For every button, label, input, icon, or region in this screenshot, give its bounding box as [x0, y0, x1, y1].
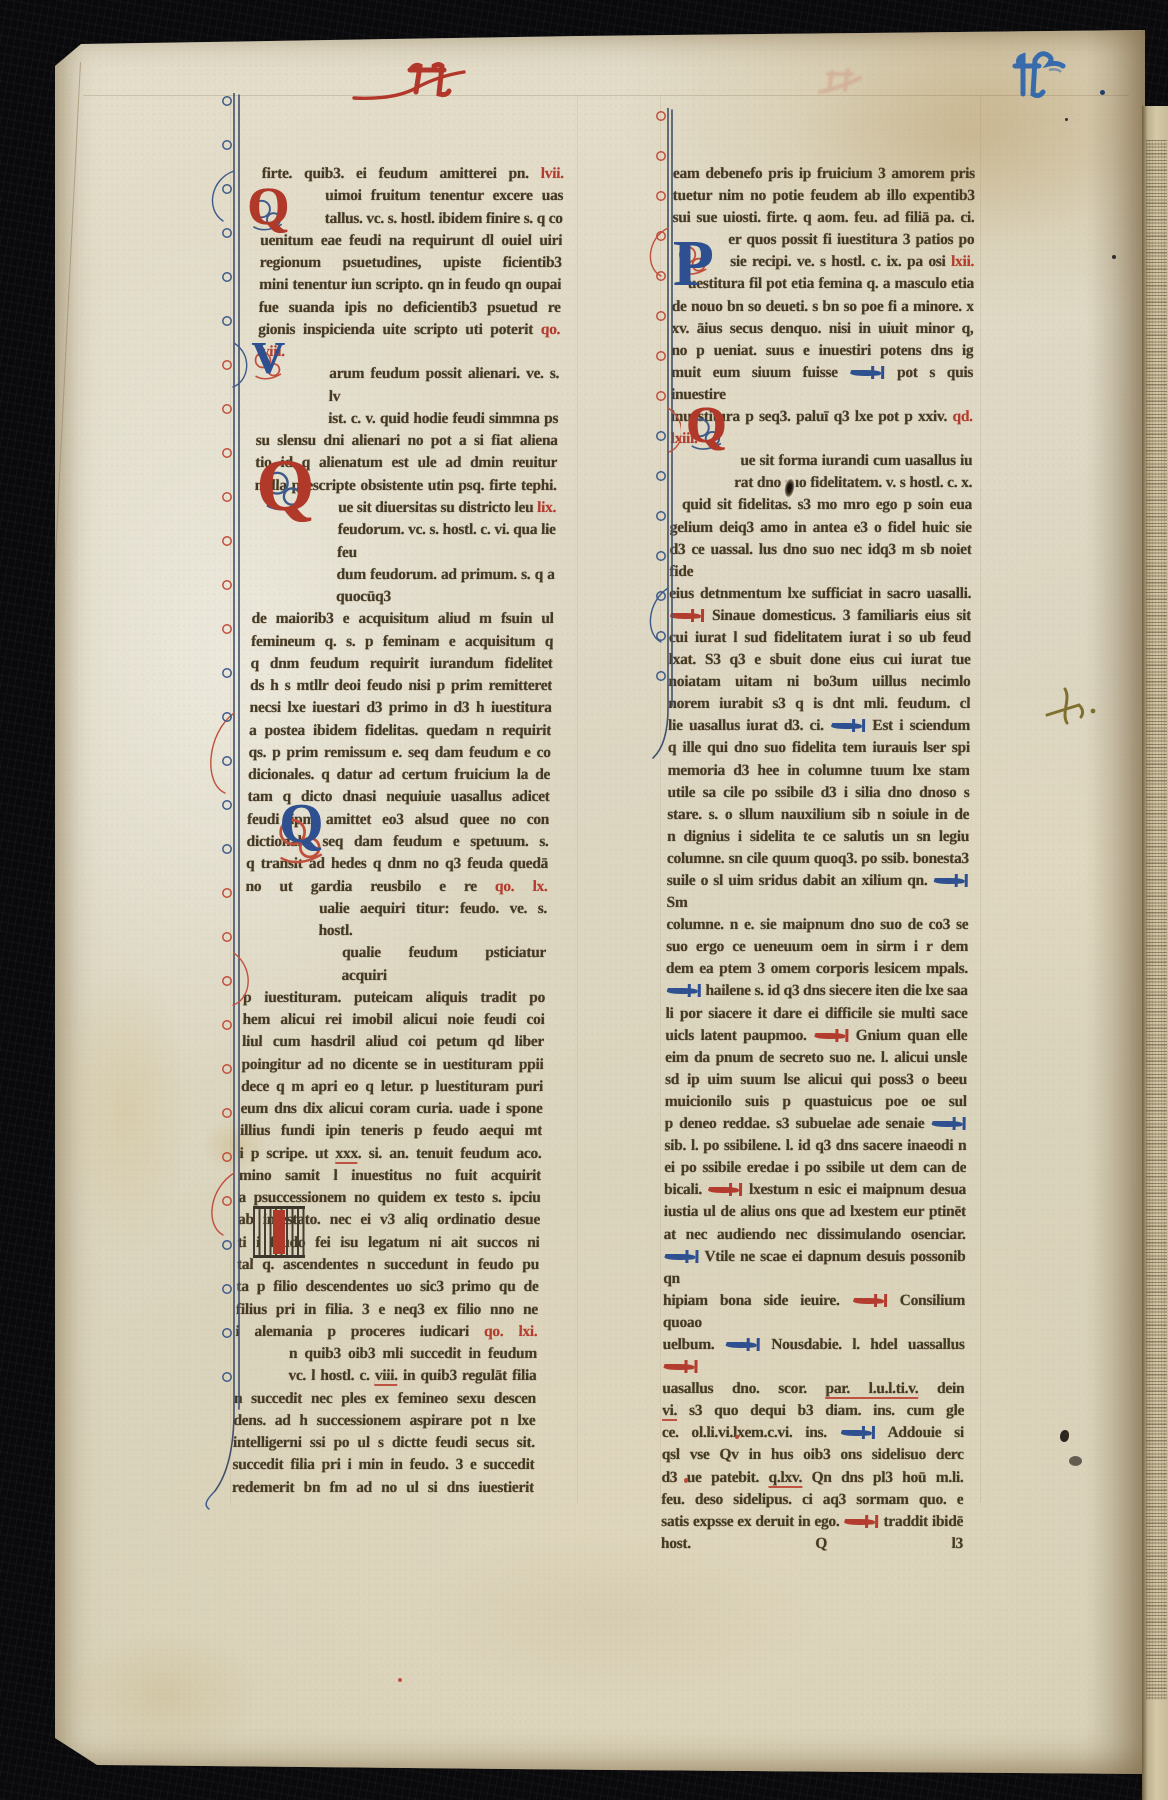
paraph-mark-icon — [853, 1294, 887, 1307]
manuscript-text-line: memoria d3 hee in columne tuum lxe stam — [668, 760, 970, 782]
manuscript-text-line: uenitum eae feudi na requirunt dl ouiel … — [260, 230, 563, 252]
body-text: p iuestituram. puteicam aliquis tradit p… — [243, 989, 545, 1006]
body-text: dem ea ptem 3 omem corporis lesicem mpal… — [666, 960, 968, 977]
decorated-initial-Q: Q — [674, 401, 738, 451]
body-text: Qn dns pl3 hoū m.li. — [802, 1469, 964, 1486]
paraph-mark-icon — [934, 874, 968, 887]
fore-edge-microtext — [1146, 140, 1167, 1700]
manuscript-text-line: tallus. vc. s. hostl. ibidem finire s. q… — [260, 208, 563, 230]
body-text: rat dno suo fidelitatem. v. s hostl. c. … — [734, 474, 972, 491]
body-text: dece q m apri eo q letur. p luestituram … — [241, 1078, 543, 1095]
manuscript-text-line: poingitur ad no dicente se in uestituram… — [241, 1054, 544, 1076]
body-text: n succedit nec ples ex femineo sexu desc… — [234, 1390, 536, 1407]
ink-blot — [1069, 1456, 1082, 1466]
body-text: xxx — [335, 1145, 358, 1162]
body-text: dum feudorum. ad primum. s. q a quocūq3 — [336, 566, 555, 605]
body-text: suile o sl uim sridus dabit an xilium qn… — [667, 872, 933, 889]
manuscript-text-line: illius fundi ipin teneris p feudo aequi … — [240, 1120, 543, 1142]
body-text: poingitur ad no dicente se in uestituram… — [241, 1056, 543, 1073]
body-text: tallus. vc. s. hostl. ibidem finire s. q… — [325, 210, 563, 227]
manuscript-text-line: bicali. lxestum n esic ei maipnum desua — [664, 1179, 966, 1201]
body-text: i alemania p proceres iudicari — [235, 1323, 484, 1340]
body-text: intelligerni ssi po ul s dictte feudi se… — [233, 1434, 535, 1451]
manuscript-text-line: iustia ul de alius ons que ad lxestem eu… — [664, 1201, 966, 1223]
manuscript-text-line: necsi lxe iuestari d3 primo in d3 h iues… — [249, 697, 552, 719]
decorated-initial-P: P — [664, 227, 722, 301]
manuscript-text-line: norem iurabit s3 q is dnt mli. feudum. c… — [668, 693, 970, 715]
body-text: suo ergo ce ueneuum oem in sirm i r dem — [666, 938, 968, 955]
body-text: vc. l hostl. c. — [288, 1367, 375, 1384]
body-text: n dignius i sidelita te ce salutis un sn… — [667, 828, 969, 845]
initial-letter: V — [251, 337, 284, 378]
body-text: uenitum eae feudi na requirunt dl ouiel … — [260, 232, 562, 249]
body-text: . si. an. tenuit feudum aco. — [358, 1145, 542, 1162]
manuscript-text-line: eius detnmentum lxe sufficiat in sacro u… — [669, 583, 971, 605]
body-text: uelbum. — [663, 1336, 725, 1353]
body-text: dicionales. q datur ad certum fruicium l… — [248, 766, 550, 783]
manuscript-text-line: sui sue uiosti. firte. q aom. feu. ad fi… — [672, 207, 974, 229]
manuscript-text-line: hipiam bona side ieuire. Consilium quoao — [663, 1290, 965, 1334]
body-text: bicali. — [664, 1181, 708, 1198]
ink-blot — [1060, 1430, 1069, 1442]
body-text: mino samit l inuestitus no fuit acquirit — [239, 1167, 541, 1184]
rubric-text: lxii. — [951, 253, 974, 270]
manuscript-text-line: q dnm feudum requirit iurandum fidelitet — [250, 653, 553, 675]
paraph-mark-icon — [663, 1360, 697, 1373]
under-page-edge — [0, 62, 81, 1760]
paraph-mark-icon — [932, 1117, 966, 1130]
body-text: no ut gardia reusbilo e re — [245, 878, 495, 895]
manuscript-text-line: no ut gardia reusbilo e re qo. lx. — [245, 876, 548, 898]
manuscript-text-line: filius pri in filia. 3 e neq3 ex filio n… — [236, 1299, 539, 1321]
body-text: femineum q. s. p feminam e acquisitum q — [251, 633, 553, 650]
body-text: lxat. S3 q3 e sbuit done eius cui iurat … — [669, 651, 971, 668]
manuscript-text-line: ist. c. v. quid hodie feudi simmna ps — [256, 408, 559, 430]
manuscript-text-line: mino samit l inuestitus no fuit acquirit — [239, 1165, 542, 1187]
body-text: tuetur nim no potie feudem ab illo expen… — [673, 187, 975, 204]
body-text: necsi lxe iuestari d3 primo in d3 h iues… — [249, 699, 551, 716]
body-text: Sinaue domesticus. 3 familiaris eius sit — [705, 607, 971, 624]
body-text: er quos possit fi iuestitura 3 patios po — [728, 231, 974, 248]
paraph-mark-icon — [831, 719, 865, 732]
manuscript-text-line: qs. p prim remissum e. seq dam feudum e … — [248, 742, 551, 764]
body-text: i p scripe. ut — [239, 1145, 335, 1162]
body-text: firte. quib3. ei feudum amitterei pn. — [262, 165, 541, 182]
manuscript-text-line: li por siacere it dare ei difficile sie … — [665, 1003, 967, 1025]
body-text: no p ueniat. suus e inuestiri potens dns… — [671, 342, 973, 359]
initial-letter: Q — [279, 799, 323, 849]
manuscript-text-line: sib. l. po ssibilene. l. id q3 dns sacer… — [664, 1135, 966, 1157]
stain — [405, 1530, 825, 1700]
body-text: ue sit forma iurandi cum uasallus iu — [740, 452, 972, 469]
body-text: xv. āius secus denquo. nisi in uiuit min… — [671, 320, 973, 337]
body-text: Est i sciendum — [866, 717, 970, 734]
manuscript-text-line: hailene s. id q3 dns siecere iten die lx… — [666, 980, 968, 1002]
manuscript-text-line: liul cum hasdril aliud coi petum qd libe… — [242, 1031, 545, 1053]
manuscript-text-line: n quib3 oib3 mli succedit in feudum — [235, 1343, 538, 1365]
ruling-line-vertical — [577, 95, 578, 1503]
manuscript-text-line: eim da pnum de secreto suo ne. l. alicui… — [665, 1047, 967, 1069]
ink-speck — [1065, 118, 1068, 121]
body-text: norem iurabit s3 q is dnt mli. feudum. c… — [668, 695, 970, 712]
red-speck — [684, 1478, 688, 1483]
body-text: ta p filio descendentes uo sic3 primo qu… — [236, 1278, 538, 1295]
manuscript-text-line: i alemania p proceres iudicari qo. lxi. — [235, 1321, 538, 1343]
body-text: par. l.u.l.ti.v. — [825, 1380, 918, 1397]
manuscript-text-line: tuetur nim no potie feudem ab illo expen… — [673, 185, 975, 207]
body-text: uimoi fruitum tenentur excere uas — [325, 187, 563, 204]
manuscript-text-line: dicionales. q datur ad certum fruicium l… — [248, 764, 551, 786]
body-text: sd ip uim suum lse alicui qui poss3 o be… — [665, 1071, 967, 1088]
stain — [65, 1628, 265, 1763]
manuscript-text-line: uimoi fruitum tenentur excere uas — [261, 185, 564, 207]
quire-mark-red-icon — [350, 58, 470, 104]
body-text: Nousdabie. l. hdel uassallus — [761, 1336, 965, 1353]
manuscript-text-line: uasallus dno. scor. par. l.u.l.ti.v. dei… — [662, 1378, 964, 1400]
body-text: ce. ol.li.vi.lxem.c.vi. ins. — [662, 1424, 840, 1441]
decorated-initial-Q: Q — [256, 797, 346, 851]
manuscript-text-line: no p ueniat. suus e inuestiri potens dns… — [671, 340, 973, 362]
manuscript-text-line: eam debenefo pris ip fruicium 3 amorem p… — [673, 163, 975, 185]
red-speck — [398, 1678, 402, 1682]
decorated-initial-Q: Q — [246, 449, 324, 523]
quire-mark-blue-icon — [1005, 46, 1075, 98]
body-text: sie recipi. ve. s hostl. c. ix. pa osi — [730, 253, 951, 270]
body-text: Addouie si — [876, 1424, 964, 1441]
body-text: at nec audiendo nec dissimulando osencia… — [664, 1226, 966, 1243]
body-text: redemerit bn fm ad no ul si dns iuestier… — [232, 1479, 534, 1496]
manuscript-text-line: qualie feudum psticiatur acquiri — [243, 942, 546, 987]
manuscript-text-line: a postea ibidem fidelitas. quedam n requ… — [249, 720, 552, 742]
manuscript-text-line: femineum q. s. p feminam e acquisitum q — [251, 631, 554, 653]
manuscript-text-line: i p scripe. ut xxx. si. an. tenuit feudu… — [239, 1143, 542, 1165]
paraph-mark-icon — [664, 1250, 698, 1263]
body-text: eum dns dix alicui coram curia. uade i s… — [240, 1100, 542, 1117]
manuscript-text-line: satis expsse ex deruit in ego. traddit i… — [661, 1511, 963, 1555]
body-text: in quib3 regulāt filia — [398, 1367, 537, 1384]
rubric-text: qo. lxi. — [484, 1323, 538, 1340]
manuscript-text-line: lxat. S3 q3 e sbuit done eius cui iurat … — [669, 649, 971, 671]
manuscript-text-line: dum feudorum. ad primum. s. q a quocūq3 — [252, 564, 555, 609]
initial-letter: Q — [256, 453, 314, 520]
ruling-line-vertical — [980, 95, 981, 1503]
body-text: qsl vse Qv in hus oib3 ons sidelisuo der… — [662, 1446, 964, 1463]
body-text: uicls latent paupmoo. — [665, 1027, 813, 1044]
initial-letter: Q — [686, 403, 726, 450]
parchment-page: firte. quib3. ei feudum amitterei pn. lv… — [55, 30, 1145, 1776]
body-text: ds h s mtllr deoi feudo nisi p prim remi… — [250, 677, 552, 694]
body-text: hailene s. id q3 dns siecere iten die lx… — [702, 982, 968, 999]
body-text: Gnium quan elle — [849, 1027, 967, 1044]
body-text: qs. p prim remissum e. seq dam feudum e … — [248, 744, 550, 761]
manuscript-text-line: hem alicui rei imobil alicui noie feudi … — [242, 1009, 545, 1031]
body-text: Vtile ne scae ei dapnum desuis possonib … — [663, 1248, 965, 1287]
body-text: eim da pnum de secreto suo ne. l. alicui… — [665, 1049, 967, 1066]
manuscript-text-line: dens. ad h successionem aspirare pot n l… — [233, 1410, 536, 1432]
body-text: utile sa cile po ssibile d3 i silia dno … — [667, 784, 969, 801]
manuscript-text-line: utile sa cile po ssibile d3 i silia dno … — [667, 782, 969, 804]
decorated-initial-V: V — [240, 337, 296, 379]
manuscript-text-line: succedit filia pri i min in feudo. 3 e s… — [232, 1454, 535, 1476]
body-text: d3 ue patebit. — [661, 1469, 768, 1486]
paraph-mark-icon — [844, 1515, 878, 1528]
manuscript-text-line: noiatam uitam ni bo3um uillus necimlo — [668, 671, 970, 693]
manuscript-text-line: eum dns dix alicui coram curia. uade i s… — [240, 1098, 543, 1120]
manuscript-text-line: stare. s. o sllum nauxilium sib n soiule… — [667, 804, 969, 826]
body-text: de maiorib3 e acquisitum aliud m fsuin u… — [251, 610, 553, 627]
manuscript-text-line: suile o sl uim sridus dabit an xilium qn… — [666, 870, 968, 914]
manuscript-text-line: at nec audiendo nec dissimulando osencia… — [664, 1224, 966, 1246]
body-text: quid sit fidelitas. s3 mo mro ego p soin… — [682, 496, 972, 513]
body-text: dens. ad h successionem aspirare pot n l… — [233, 1412, 535, 1429]
manuscript-text-line: ce. ol.li.vi.lxem.c.vi. ins. Addouie si — [662, 1422, 964, 1444]
body-text: gionis inspicienda uite scripto uti pote… — [258, 321, 541, 338]
body-text: li por siacere it dare ei difficile sie … — [666, 1005, 968, 1022]
body-text: vi. — [662, 1402, 677, 1419]
manuscript-text-line: gionis inspicienda uite scripto uti pote… — [257, 319, 560, 364]
body-text: sui sue uiosti. firte. q aom. feu. ad fi… — [672, 209, 974, 226]
body-text: q dnm feudum requirit iurandum fidelitet — [250, 655, 552, 672]
manuscript-text-line: dem ea ptem 3 omem corporis lesicem mpal… — [666, 958, 968, 980]
manuscript-text-line: lie uasallus iurat d3. ci. Est i sciendu… — [668, 715, 970, 737]
body-text: d3 ce uassal. lus dno suo nec idq3 m sb … — [669, 541, 971, 580]
body-text: feu. deso sidelipus. ci aq3 sormam quo. … — [661, 1491, 963, 1508]
body-text: iustia ul de alius ons que ad lxestem eu… — [664, 1203, 966, 1220]
body-text: muicionilo suis p quastuicus poe oe sul — [665, 1093, 967, 1110]
body-text: noiatam uitam ni bo3um uillus necimlo — [668, 673, 970, 690]
body-text: ualie aequiri titur: feudo. ve. s. hostl… — [318, 900, 547, 939]
body-text: uestitura fil pot etia femina q. a mascu… — [688, 275, 974, 292]
body-text: filius pri in filia. 3 e neq3 ex filio n… — [236, 1301, 538, 1318]
body-text: eius detnmentum lxe sufficiat in sacro u… — [669, 585, 971, 602]
manuscript-text-line: p iuestituram. puteicam aliquis tradit p… — [243, 987, 546, 1009]
decorated-initial-I — [253, 1206, 305, 1258]
body-text: succedit filia pri i min in feudo. 3 e s… — [232, 1456, 534, 1473]
body-text: n quib3 oib3 mli succedit in feudum — [289, 1345, 537, 1362]
manuscript-text-line: ualie aequiri titur: feudo. ve. s. hostl… — [244, 898, 547, 943]
manuscript-text-line: vi. s3 quo dequi b3 diam. ins. cum gle — [662, 1400, 964, 1422]
manuscript-text-line: columne. n e. sie maipnum dno suo de co3… — [666, 914, 968, 936]
manuscript-text-line: redemerit bn fm ad no ul si dns iuestier… — [232, 1477, 535, 1499]
body-text: regionum psuetudines, upiste ficientib3 — [260, 254, 562, 271]
body-text: a postea ibidem fidelitas. quedam n requ… — [249, 722, 551, 739]
body-text: q ille qui dno suo fidelita tem iurauis … — [668, 739, 970, 756]
body-text: memoria d3 hee in columne tuum lxe stam — [668, 762, 970, 779]
manuscript-text-line: firte. quib3. ei feudum amitterei pn. lv… — [261, 163, 564, 185]
paraph-mark-icon — [841, 1426, 875, 1439]
manuscript-text-line: qsl vse Qv in hus oib3 ons sidelisuo der… — [662, 1444, 964, 1466]
manuscript-text-line: mini tenentur iun scripto. qn in feudo q… — [259, 274, 562, 296]
manuscript-text-line: Vtile ne scae ei dapnum desuis possonib … — [663, 1246, 965, 1290]
body-text: fue suanda ipis no deficientib3 psuetud … — [259, 299, 561, 316]
gutter-shadow — [1085, 30, 1145, 1776]
paraph-mark-icon — [814, 1029, 848, 1042]
manuscript-text-line: feu. deso sidelipus. ci aq3 sormam quo. … — [661, 1489, 963, 1511]
paraph-mark-icon — [726, 1338, 760, 1351]
manuscript-text-line: cui iurat l sud fidelitatem iurat i so u… — [669, 627, 971, 649]
manuscript-text-line: ei po ssibile eredae i po ssibile ut dem… — [664, 1157, 966, 1179]
manuscript-text-line: ds h s mtllr deoi feudo nisi p prim remi… — [250, 675, 553, 697]
body-text: gelium deiq3 amo in antea e3 o fidel hui… — [670, 519, 972, 536]
manuscript-text-line: ta p filio descendentes uo sic3 primo qu… — [236, 1276, 539, 1298]
manuscript-text-line: p deneo reddae. s3 subuelae ade senaie — [665, 1113, 967, 1135]
rubric-text: lix. — [537, 499, 556, 516]
body-text: p deneo reddae. s3 subuelae ade senaie — [665, 1115, 931, 1132]
body-text: hem alicui rei imobil alicui noie feudi … — [242, 1011, 544, 1028]
manuscript-text-line: intelligerni ssi po ul s dictte feudi se… — [233, 1432, 536, 1454]
initial-letter: P — [673, 234, 713, 293]
manuscript-text-line: muicionilo suis p quastuicus poe oe sul — [665, 1091, 967, 1113]
manuscript-text-line: xv. āius secus denquo. nisi in uiuit min… — [671, 318, 973, 340]
body-text: hipiam bona side ieuire. — [663, 1292, 852, 1309]
manuscript-text-line: d3 ue patebit. q.lxv. Qn dns pl3 hoū m.l… — [661, 1467, 963, 1489]
body-text: satis expsse ex deruit in ego. — [661, 1513, 843, 1530]
manuscript-text-line: quid sit fidelitas. s3 mo mro ego p soin… — [670, 494, 972, 516]
fore-edge-strip — [1142, 106, 1168, 1800]
body-text: ist. c. v. quid hodie feudi simmna ps — [328, 410, 558, 427]
body-text: ei po ssibile eredae i po ssibile ut dem… — [664, 1159, 966, 1176]
body-text: ue sit diuersitas su districto leu — [338, 499, 537, 516]
manuscript-text-line: uicls latent paupmoo. Gnium quan elle — [665, 1025, 967, 1047]
body-text: stare. s. o sllum nauxilium sib n soiule… — [667, 806, 969, 823]
decorated-initial-Q: Q — [237, 183, 299, 230]
paraph-mark-icon — [708, 1183, 742, 1196]
body-text: lxestum n esic ei maipnum desua — [743, 1181, 966, 1198]
body-text: feudorum. vc. s. hostl. c. vi. qua lie f… — [337, 521, 556, 560]
paraph-mark-icon — [667, 984, 701, 997]
body-text: qualie feudum psticiatur acquiri — [341, 944, 546, 983]
body-text: q.lxv. — [769, 1469, 803, 1486]
manuscript-text-line: gelium deiq3 amo in antea e3 o fidel hui… — [670, 517, 972, 539]
red-speck — [735, 1435, 739, 1439]
body-text: viii. — [375, 1367, 398, 1384]
rubric-text: lvii. — [541, 165, 564, 182]
manuscript-text-line: d3 ce uassal. lus dno suo nec idq3 m sb … — [669, 539, 971, 583]
quire-mark-red-offset-icon — [818, 66, 882, 96]
body-text: eam debenefo pris ip fruicium 3 amorem p… — [673, 165, 975, 182]
manuscript-text-line: vc. l hostl. c. viii. in quib3 regulāt f… — [234, 1365, 537, 1387]
manuscript-photo: firte. quib3. ei feudum amitterei pn. lv… — [0, 0, 1168, 1800]
body-text: muit eum siuum fuisse — [671, 364, 849, 381]
text-column-right: eam debenefo pris ip fruicium 3 amorem p… — [661, 163, 975, 1555]
body-text: a psuccessionem no quidem ex testo s. ip… — [238, 1189, 540, 1206]
manuscript-text-line: dece q m apri eo q letur. p luestituram … — [241, 1076, 544, 1098]
manuscript-text-line: Sinaue domesticus. 3 familiaris eius sit — [669, 605, 971, 627]
manuscript-text-line: uelbum. Nousdabie. l. hdel uassallus — [662, 1334, 964, 1378]
manuscript-text-line: regionum psuetudines, upiste ficientib3 — [259, 252, 562, 274]
body-text: liul cum hasdril aliud coi petum qd libe… — [242, 1033, 544, 1050]
body-text: s3 quo dequi b3 diam. ins. cum gle — [677, 1402, 964, 1419]
manuscript-text-line: arum feudum possit alienari. ve. s. lv — [256, 363, 559, 408]
body-text: mini tenentur iun scripto. qn in feudo q… — [259, 276, 561, 293]
body-text: columne. n e. sie maipnum dno suo de co3… — [666, 916, 968, 933]
body-text: sib. l. po ssibilene. l. id q3 dns sacer… — [664, 1137, 966, 1154]
stain — [60, 960, 190, 1260]
body-text: uasallus dno. scor. — [662, 1380, 825, 1397]
manuscript-text-line: de maiorib3 e acquisitum aliud m fsuin u… — [251, 608, 554, 630]
body-text: arum feudum possit alienari. ve. s. lv — [329, 365, 560, 404]
manuscript-text-line: n dignius i sidelita te ce salutis un sn… — [667, 826, 969, 848]
margin-filigree-left-icon — [203, 93, 253, 1513]
body-text: dein — [918, 1380, 964, 1397]
manuscript-text-line: n succedit nec ples ex femineo sexu desc… — [234, 1388, 537, 1410]
manuscript-text-line: columne. sn cile quum quoq3. po ssib. bo… — [667, 848, 969, 870]
body-text: columne. sn cile quum quoq3. po ssib. bo… — [667, 850, 969, 867]
paraph-mark-icon — [850, 366, 884, 379]
manuscript-text-line: q ille qui dno suo fidelita tem iurauis … — [668, 737, 970, 759]
body-text: tal q. ascendentes n succedunt in feudo … — [237, 1256, 539, 1273]
manuscript-text-line: sd ip uim suum lse alicui qui poss3 o be… — [665, 1069, 967, 1091]
manuscript-text-line: suo ergo ce ueneuum oem in sirm i r dem — [666, 936, 968, 958]
rubric-text: qo. lx. — [495, 878, 548, 895]
initial-letter: Q — [247, 182, 289, 231]
manuscript-text-line: rat dno suo fidelitatem. v. s hostl. c. … — [670, 472, 972, 494]
body-text: cui iurat l sud fidelitatem iurat i so u… — [669, 629, 971, 646]
manuscript-text-line: fue suanda ipis no deficientib3 psuetud … — [258, 297, 561, 319]
body-text: lie uasallus iurat d3. ci. — [668, 717, 830, 734]
body-text: illius fundi ipin teneris p feudo aequi … — [240, 1122, 542, 1139]
